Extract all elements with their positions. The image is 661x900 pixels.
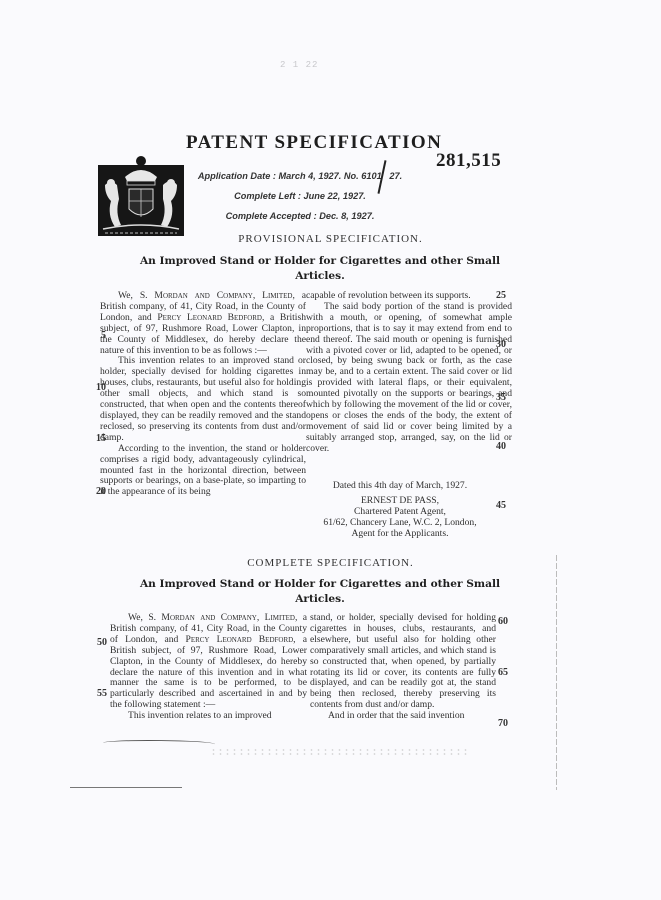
applicant-person: Percy Leonard Bedford,: [157, 312, 264, 323]
line-number: 55: [97, 688, 107, 699]
line-number: 25: [496, 290, 506, 301]
provisional-left-paragraph-3: According to the invention, the stand or…: [100, 444, 306, 499]
application-dates: Application Date : March 4, 1927. No. 61…: [195, 166, 405, 226]
provisional-title-line2: Articles.: [120, 269, 520, 284]
faint-header-mark: 2 1 22: [280, 60, 318, 70]
application-date-text: Application Date : March 4, 1927. No. 61…: [198, 171, 382, 181]
provisional-title-line1: An Improved Stand or Holder for Cigarett…: [120, 254, 520, 269]
text-b: a British subject, of 97, Rushmore Road,…: [110, 634, 307, 710]
provisional-heading: PROVISIONAL SPECIFICATION.: [0, 233, 661, 245]
text-lead: We,: [118, 290, 140, 301]
complete-right-paragraph-2: And in order that the said invention: [310, 711, 496, 722]
application-number-suffix: 27.: [389, 171, 402, 181]
agent-role: Chartered Patent Agent,: [305, 506, 495, 517]
complete-heading: COMPLETE SPECIFICATION.: [0, 557, 661, 569]
complete-left-paragraph-1: We, S. Mordan and Company, Limited, a Br…: [110, 613, 307, 711]
line-number: 65: [498, 667, 508, 678]
line-number: 40: [496, 441, 506, 452]
complete-right-column: stand, or holder, specially devised for …: [310, 613, 496, 722]
provisional-left-paragraph-2: This invention relates to an improved st…: [100, 356, 306, 443]
scan-edge-line: [556, 555, 557, 790]
patent-number: 281,515: [436, 150, 501, 172]
date-line: Dated this 4th day of March, 1927.: [305, 480, 495, 491]
line-number: 10: [96, 382, 106, 393]
scan-noise: [210, 748, 470, 756]
footer-rule: [70, 787, 182, 788]
applicant-person: Percy Leonard Bedford,: [185, 634, 295, 645]
complete-left-date: Complete Left : June 22, 1927.: [195, 186, 405, 206]
complete-right-paragraph-1: stand, or holder, specially devised for …: [310, 613, 496, 711]
complete-left-column: We, S. Mordan and Company, Limited, a Br…: [110, 613, 307, 722]
document-title: PATENT SPECIFICATION: [186, 132, 442, 154]
provisional-right-column: capable of revolution between its suppor…: [306, 291, 512, 455]
applicant-company: S. Mordan and Company, Limited,: [148, 612, 297, 623]
line-number: 60: [498, 616, 508, 627]
complete-accepted-date: Complete Accepted : Dec. 8, 1927.: [195, 206, 405, 226]
provisional-right-paragraph-2: The said body portion of the stand is pr…: [306, 302, 512, 455]
agent-for: Agent for the Applicants.: [305, 528, 495, 539]
agent-signature: ERNEST DE PASS, Chartered Patent Agent, …: [305, 495, 495, 539]
line-number: 20: [96, 486, 106, 497]
provisional-left-paragraph-1: We, S. Mordan and Company, Limited, a Br…: [100, 291, 306, 356]
line-number: 50: [97, 637, 107, 648]
line-number: 45: [496, 500, 506, 511]
line-number: 35: [496, 392, 506, 403]
line-number: 30: [496, 339, 506, 350]
royal-coat-of-arms-icon: [97, 155, 185, 237]
line-number: 5: [101, 330, 106, 341]
provisional-invention-title: An Improved Stand or Holder for Cigarett…: [120, 254, 520, 284]
application-date: Application Date : March 4, 1927. No. 61…: [195, 166, 405, 186]
line-number: 15: [96, 433, 106, 444]
footer-curve-rule: [103, 740, 215, 747]
complete-left-paragraph-2: This invention relates to an improved: [110, 711, 307, 722]
agent-name: ERNEST DE PASS,: [305, 495, 495, 506]
agent-address: 61/62, Chancery Lane, W.C. 2, London,: [305, 517, 495, 528]
applicant-company: S. Mordan and Company, Limited,: [140, 290, 295, 301]
complete-title-line1: An Improved Stand or Holder for Cigarett…: [120, 577, 520, 592]
complete-title-line2: Articles.: [120, 592, 520, 607]
line-number: 70: [498, 718, 508, 729]
patent-page: 2 1 22 PATENT SPECIFICATION 281,515 Appl…: [0, 0, 661, 900]
provisional-left-column: We, S. Mordan and Company, Limited, a Br…: [100, 291, 306, 498]
complete-invention-title: An Improved Stand or Holder for Cigarett…: [120, 577, 520, 607]
text-lead: We,: [128, 612, 148, 623]
